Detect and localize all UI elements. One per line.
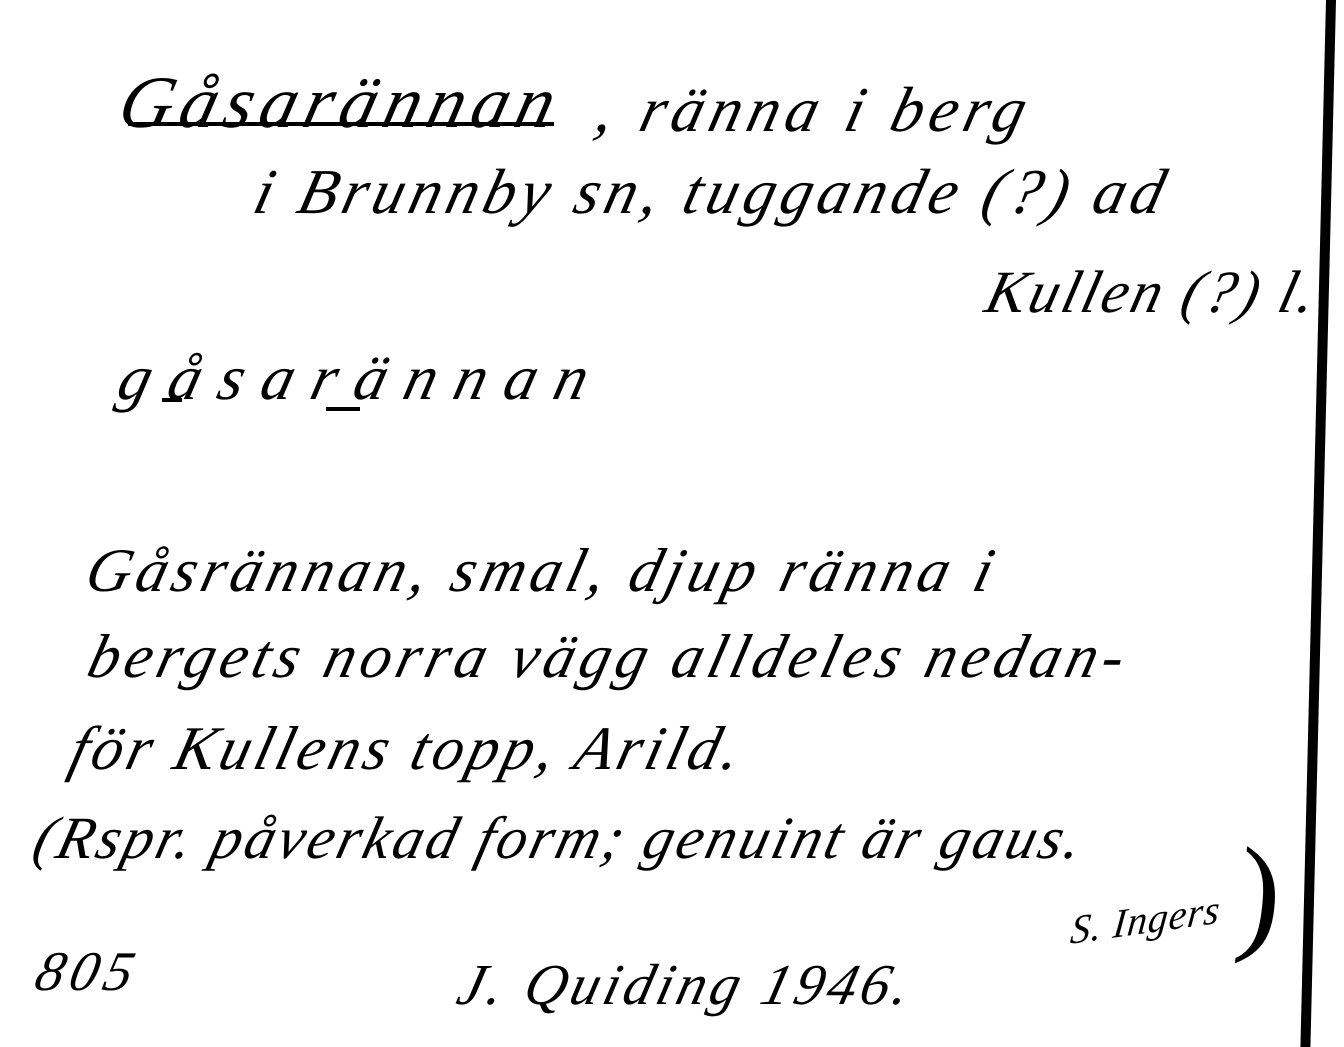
collector-signature: J. Quiding 1946. [452, 956, 920, 1014]
card-number: 805 [30, 944, 146, 1000]
phonetic-transcription: gåsarännan [112, 346, 614, 410]
phonetic-length-mark [326, 407, 360, 411]
note-line-4: (Rspr. påverkad form; genuint är gaus. [28, 808, 1092, 868]
phonetic-stress-mark [162, 398, 182, 402]
headword: Gåsarännan [112, 66, 570, 140]
definition-line-1: , ränna i berg [590, 78, 1040, 142]
headword-underline [128, 122, 554, 126]
card-edge-border [1300, 0, 1336, 1047]
archive-card: Gåsarännan , ränna i berg i Brunnby sn, … [0, 0, 1344, 1047]
definition-line-3: Kullen (?) l. [980, 262, 1326, 322]
scan-margin [1338, 0, 1344, 1047]
definition-line-2: i Brunnby sn, tuggande (?) ad [248, 160, 1177, 224]
annotation-signature: S. Ingers [1069, 889, 1223, 951]
note-line-3: för Kullens topp, Arild. [64, 718, 751, 780]
note-line-2: bergets norra vägg alldeles nedan- [82, 626, 1136, 688]
closing-parenthesis: ) [1231, 828, 1290, 962]
note-line-1: Gåsrännan, smal, djup ränna i [80, 540, 1005, 602]
